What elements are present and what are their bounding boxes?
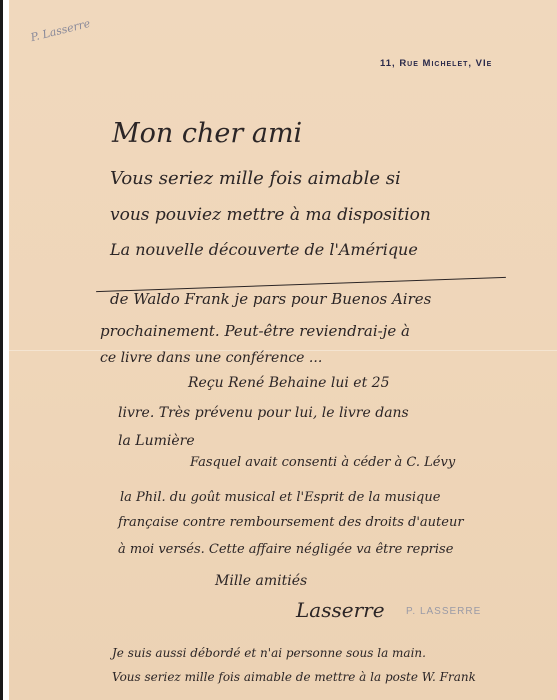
letter-line: prochainement. Peut-être reviendrai-je à: [100, 322, 410, 340]
letter-line: Fasquel avait consenti à céder à C. Lévy: [190, 455, 455, 470]
letter-line: à moi versés. Cette affaire négligée va …: [118, 542, 453, 557]
letter-line: française contre remboursement des droit…: [118, 515, 464, 530]
salutation: Mon cher ami: [112, 118, 302, 149]
letter-line: ce livre dans une conférence ...: [100, 350, 322, 366]
letter-line: La nouvelle découverte de l'Amérique: [110, 240, 418, 259]
letter-line: Vous seriez mille fois aimable si: [110, 168, 401, 189]
letterhead-address: 11, Rue Michelet, VIe: [380, 58, 492, 69]
postscript-line: Vous seriez mille fois aimable de mettre…: [112, 670, 476, 684]
postscript-line: Je suis aussi débordé et n'ai personne s…: [112, 646, 426, 660]
letter-line: livre. Très prévenu pour lui, le livre d…: [118, 405, 409, 421]
pencil-stamp: P. LASSERRE: [406, 606, 481, 617]
scan-edge: [0, 0, 3, 700]
letter-line: la Phil. du goût musical et l'Esprit de …: [120, 490, 440, 505]
signature: Lasserre: [296, 598, 385, 622]
letter-line: de Waldo Frank je pars pour Buenos Aires: [110, 290, 431, 308]
letter-line: vous pouviez mettre à ma disposition: [110, 205, 431, 225]
letter-line: Reçu René Behaine lui et 25: [188, 375, 389, 391]
closing: Mille amitiés: [215, 573, 307, 589]
letter-line: la Lumière: [118, 433, 195, 449]
